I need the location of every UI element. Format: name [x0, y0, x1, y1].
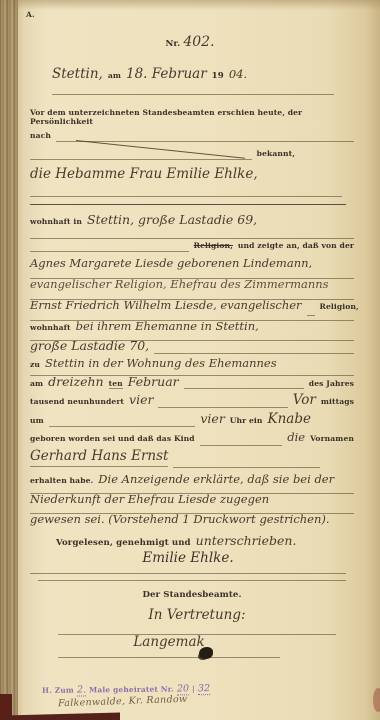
declaration-line-2: Niederkunft der Ehefrau Liesde zugegen	[30, 492, 354, 514]
vor-handwritten: Vor	[293, 392, 316, 408]
wohnhaft-in-label: wohnhaft in	[30, 217, 82, 226]
form-rule	[200, 443, 283, 446]
form-corner-letter: A.	[26, 10, 35, 19]
um-label: um	[30, 416, 44, 425]
stamp-number-1: 2.	[77, 684, 86, 696]
erhalten-label: erhalten habe.	[30, 476, 93, 485]
child-names-handwritten: Gerhard Hans Ernst	[30, 448, 168, 467]
nach-line: nach	[30, 131, 354, 144]
zeigte-an-label: und zeigte an, daß von der	[238, 241, 354, 250]
scanned-birth-record-page: A. Nr. 402. Stettin, am 18. Februar 19 0…	[0, 0, 380, 720]
book-binding-edge	[0, 0, 18, 720]
birth-year-handwritten: vier	[129, 392, 153, 407]
am-label-2: am	[30, 379, 43, 388]
declaration-line-3: gewesen sei. (Vorstehend 1 Druckwort ges…	[30, 512, 354, 531]
mother-name-handwritten: Agnes Margarete Liesde geborenen Lindema…	[30, 256, 312, 270]
stamp-middle-text: Male geheiratet Nr.	[89, 684, 174, 694]
birthyear-line: tausend neunhundert vier Vor mittags	[30, 392, 354, 410]
photo-bottom-edge	[4, 712, 120, 720]
die-handwritten: die	[287, 430, 305, 444]
geboren-label: geboren worden sei und daß das Kind	[30, 434, 195, 443]
mother-name-line: Agnes Margarete Liesde geborenen Lindema…	[30, 256, 354, 279]
record-number-label: Nr.	[165, 39, 180, 49]
struck-blank-line	[30, 204, 346, 205]
appearer-signature-line: Emilie Ehlke.	[30, 550, 346, 574]
year-printed: 19	[212, 71, 224, 81]
birthtime-line: um vier Uhr ein Knabe	[30, 411, 354, 429]
mother-religion-line: evangelischer Religion, Ehefrau des Zimm…	[30, 277, 354, 300]
residence-address-line: große Lastadie 70,	[30, 338, 354, 356]
father-name-handwritten: Ernst Friedrich Wilhelm Liesde, evangeli…	[30, 298, 302, 312]
registrar-title: Der Standesbeamte.	[30, 590, 354, 600]
vornamen-label: Vornamen	[310, 434, 354, 443]
form-rule	[158, 405, 287, 408]
birth-day-handwritten: dreizehn	[48, 374, 103, 389]
birthdate-line: am dreizehn ten Februar des Jahres	[30, 374, 354, 391]
vorgelesen-label: Vorgelesen, genehmigt und	[56, 538, 191, 548]
record-number-value: 402.	[183, 34, 214, 50]
appearer-address-handwritten: Stettin, große Lastadie 69,	[87, 212, 257, 227]
intro-printed-line: Vor dem unterzeichneten Standesbeamten e…	[30, 108, 354, 126]
stamp-prefix: H. Zum	[42, 686, 74, 695]
ink-blot	[199, 647, 213, 659]
des-jahres-label: des Jahres	[309, 379, 354, 388]
in-vertretung-handwritten: In Vertretung:	[148, 607, 245, 623]
appearer-signature: Emilie Ehlke.	[142, 550, 233, 566]
hour-handwritten: vier	[200, 411, 224, 426]
form-rule	[173, 465, 320, 468]
record-number-line: Nr. 402.	[0, 34, 380, 54]
form-rule	[56, 139, 354, 142]
religion-struck-line: Religion, und zeigte an, daß von der	[30, 241, 354, 254]
bekannt-label: bekannt,	[257, 149, 295, 158]
birthplace-handwritten: Stettin in der Wohnung des Ehemannes	[45, 356, 277, 370]
mittags-label: mittags	[321, 397, 354, 406]
spacer	[316, 427, 354, 429]
form-rule	[49, 424, 196, 427]
declaration-handwritten-1: Die Anzeigende erklärte, daß sie bei der	[98, 472, 334, 486]
declaration-handwritten-3: gewesen sei. (Vorstehend 1 Druckwort ges…	[30, 512, 330, 526]
stamp-separator: |	[192, 684, 195, 693]
child-sex-handwritten: Knabe	[268, 411, 311, 427]
appearer-address-line: wohnhaft in Stettin, große Lastadie 69,	[30, 212, 354, 239]
unterschrieben-handwritten: unterschrieben.	[196, 533, 297, 548]
religion-struck-label: Religion,	[194, 241, 233, 250]
tausend-label: tausend neunhundert	[30, 397, 124, 406]
form-rule	[307, 313, 315, 316]
am-label: am	[108, 71, 121, 80]
wohnhaft-label: wohnhaft	[30, 323, 71, 332]
ten-suffix-label: ten	[109, 379, 123, 389]
in-vertretung-line: In Vertretung:	[58, 607, 336, 635]
bekannt-line: bekannt,	[30, 149, 354, 162]
year-handwritten: 04.	[229, 67, 247, 81]
residence-handwritten: bei ihrem Ehemanne in Stettin,	[76, 319, 259, 333]
religion-label: Religion,	[320, 302, 359, 311]
child-names-line: Gerhard Hans Ernst	[30, 448, 320, 470]
nach-label: nach	[30, 131, 51, 140]
residence-address-handwritten: große Lastadie 70,	[30, 338, 149, 353]
stamp-number-3: 32	[198, 683, 210, 695]
uhr-ein-label: Uhr ein	[230, 416, 263, 425]
form-rule	[30, 157, 252, 160]
appearer-identity-line: die Hebamme Frau Emilie Ehlke,	[30, 166, 342, 197]
erhalten-line: erhalten habe. Die Anzeigende erklärte, …	[30, 472, 354, 494]
form-rule	[184, 386, 304, 389]
red-smudge	[373, 688, 380, 712]
registrar-signature: Langemak	[133, 634, 204, 650]
mother-religion-handwritten: evangelischer Religion, Ehefrau des Zimm…	[30, 277, 329, 291]
date-handwritten: 18. Februar	[126, 66, 207, 82]
vorgelesen-line: Vorgelesen, genehmigt und unterschrieben…	[56, 533, 354, 550]
declaration-handwritten-2: Niederkunft der Ehefrau Liesde zugegen	[30, 492, 269, 506]
zu-label: zu	[30, 360, 40, 369]
geboren-line: geboren worden sei und daß das Kind die …	[30, 430, 354, 448]
birth-month-handwritten: Februar	[128, 374, 179, 389]
appearer-identity-handwritten: die Hebamme Frau Emilie Ehlke,	[30, 166, 258, 182]
form-rule	[154, 351, 354, 354]
place-date-line: Stettin, am 18. Februar 19 04.	[52, 66, 334, 95]
empty-form-rule	[38, 580, 346, 581]
registrar-signature-line: Langemak	[58, 634, 280, 658]
birthplace-line: zu Stettin in der Wohnung des Ehemannes	[30, 356, 354, 376]
father-name-line: Ernst Friedrich Wilhelm Liesde, evangeli…	[30, 298, 354, 321]
spacer	[300, 160, 354, 162]
form-rule	[30, 249, 189, 252]
place-handwritten: Stettin,	[52, 66, 103, 82]
